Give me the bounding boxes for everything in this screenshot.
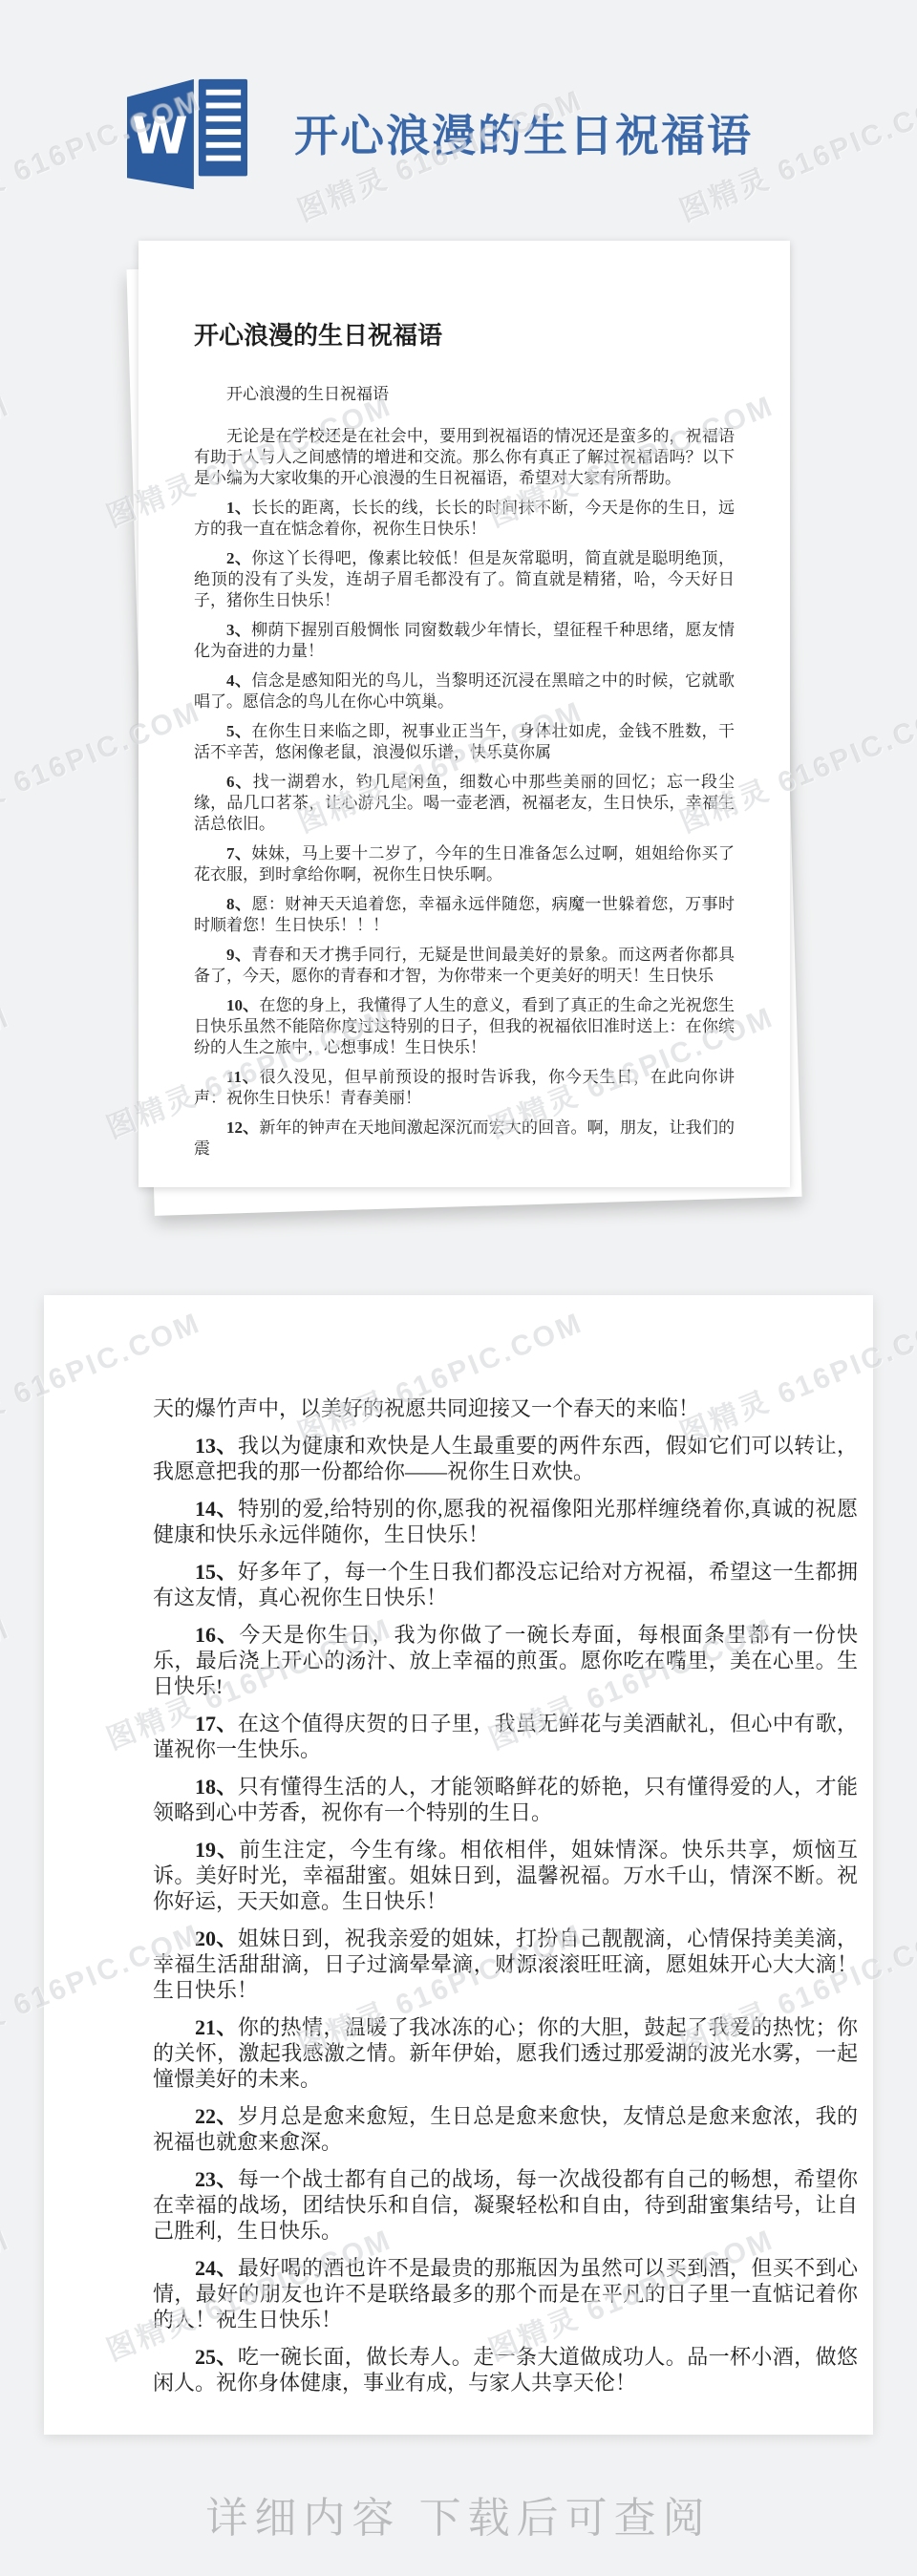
page1-preview[interactable]: 开心浪漫的生日祝福语 开心浪漫的生日祝福语 无论是在学校还是在社会中，要用到祝福… — [139, 241, 790, 1187]
list-item: 2、你这丫长得吧，像素比较低！但是灰常聪明，简直就是聪明绝顶，绝顶的没有了头发，… — [194, 548, 735, 611]
list-item: 24、最好喝的酒也许不是最贵的那瓶因为虽然可以买到酒，但买不到心情，最好的朋友也… — [153, 2255, 858, 2332]
svg-text:W: W — [132, 107, 188, 166]
doc-intro: 无论是在学校还是在社会中，要用到祝福语的情况还是蛮多的，祝福语有助于人与人之间感… — [194, 426, 735, 489]
list-item: 10、在您的身上，我懂得了人生的意义，看到了真正的生命之光祝您生日快乐虽然不能陪… — [194, 995, 735, 1058]
list-item: 25、吃一碗长面，做长寿人。走一条大道做成功人。品一杯小酒，做悠闲人。祝你身体健… — [153, 2344, 858, 2395]
list-item: 17、在这个值得庆贺的日子里，我虽无鲜花与美酒献礼，但心中有歌，谨祝你一生快乐。 — [153, 1711, 858, 1762]
list-item: 22、岁月总是愈来愈短，生日总是愈来愈快，友情总是愈来愈浓，我的祝福也就愈来愈深… — [153, 2103, 858, 2155]
word-file-icon: W — [127, 78, 249, 193]
list-item: 23、每一个战士都有自己的战场，每一次战役都有自己的畅想，希望你在幸福的战场，团… — [153, 2166, 858, 2244]
list-item: 1、长长的距离，长长的线，长长的时间抹不断，今天是你的生日，远方的我一直在惦念着… — [194, 498, 735, 540]
page1-sheet: 开心浪漫的生日祝福语 开心浪漫的生日祝福语 无论是在学校还是在社会中，要用到祝福… — [139, 241, 790, 1187]
list-item: 18、只有懂得生活的人，才能领略鲜花的娇艳，只有懂得爱的人，才能领略到心中芳香，… — [153, 1774, 858, 1825]
list-item: 19、前生注定，今生有缘。相依相伴，姐妹情深。快乐共享，烦恼互诉。美好时光，幸福… — [153, 1837, 858, 1914]
doc-subtitle: 开心浪漫的生日祝福语 — [194, 384, 735, 405]
watermark-text: 图精灵 616PIC.COM — [0, 993, 15, 1146]
list-item: 8、愿：财神天天追着您，幸福永远伴随您，病魔一世躲着您，万事时时顺着您！生日快乐… — [194, 894, 735, 936]
list-item: 3、柳荫下握别百般惆怅 同窗数载少年情长，望征程千种思绪，愿友情化为奋进的力量！ — [194, 620, 735, 662]
list-item: 11、很久没见，但早前预设的报时告诉我，你今天生日，在此向你讲声：祝你生日快乐！… — [194, 1067, 735, 1109]
list-item: 6、找一湖碧水，钓几尾闲鱼，细数心中那些美丽的回忆；忘一段尘缘，品几口茗茶，让心… — [194, 772, 735, 835]
continuation-line: 天的爆竹声中，以美好的祝愿共同迎接又一个春天的来临！ — [153, 1395, 858, 1421]
page-title: 开心浪漫的生日祝福语 — [294, 111, 753, 160]
footer-note: 详细内容 下载后可查阅 — [0, 2495, 917, 2543]
header: W 开心浪漫的生日祝福语 — [0, 0, 917, 239]
list-item: 20、姐妹日到，祝我亲爱的姐妹，打扮自己靓靓滴，心情保持美美滴，幸福生活甜甜滴，… — [153, 1926, 858, 2003]
list-item: 4、信念是感知阳光的鸟儿，当黎明还沉浸在黑暗之中的时候，它就歌唱了。愿信念的鸟儿… — [194, 671, 735, 713]
list-item: 5、在你生日来临之即，祝事业正当午，身体壮如虎，金钱不胜数，干活不辛苦，悠闲像老… — [194, 721, 735, 763]
list-item: 13、我以为健康和欢快是人生最重要的两件东西，假如它们可以转让，我愿意把我的那一… — [153, 1433, 858, 1484]
watermark-text: 图精灵 616PIC.COM — [0, 2216, 15, 2369]
list-item: 16、今天是你生日，我为你做了一碗长寿面，每根面条里都有一份快乐，最后浇上开心的… — [153, 1622, 858, 1699]
watermark-text: 图精灵 616PIC.COM — [0, 382, 15, 535]
list-item: 12、新年的钟声在天地间激起深沉而宏大的回音。啊，朋友，让我们的震 — [194, 1118, 735, 1160]
document-preview-page: W 开心浪漫的生日祝福语 开心浪漫的生日祝福语 开心浪漫的生日祝福语 无论是在学… — [0, 0, 917, 2576]
list-item: 7、妹妹，马上要十二岁了，今年的生日准备怎么过啊，姐姐给你买了花衣服，到时拿给你… — [194, 843, 735, 885]
doc-title: 开心浪漫的生日祝福语 — [194, 321, 735, 351]
list-item: 14、特别的爱,给特别的你,愿我的祝福像阳光那样缠绕着你,真诚的祝愿健康和快乐永… — [153, 1496, 858, 1547]
list-item: 21、你的热情，温暖了我冰冻的心；你的大胆，鼓起了我爱的热忱；你的关怀，激起我感… — [153, 2014, 858, 2092]
list-item: 15、好多年了，每一个生日我们都没忘记给对方祝福，希望这一生都拥有这友情，真心祝… — [153, 1559, 858, 1610]
watermark-text: 图精灵 616PIC.COM — [0, 1605, 15, 1757]
page2-preview[interactable]: 天的爆竹声中，以美好的祝愿共同迎接又一个春天的来临！ 13、我以为健康和欢快是人… — [44, 1295, 873, 2435]
list-item: 9、青春和天才携手同行，无疑是世间最美好的景象。而这两者你都具备了，今天，愿你的… — [194, 945, 735, 987]
